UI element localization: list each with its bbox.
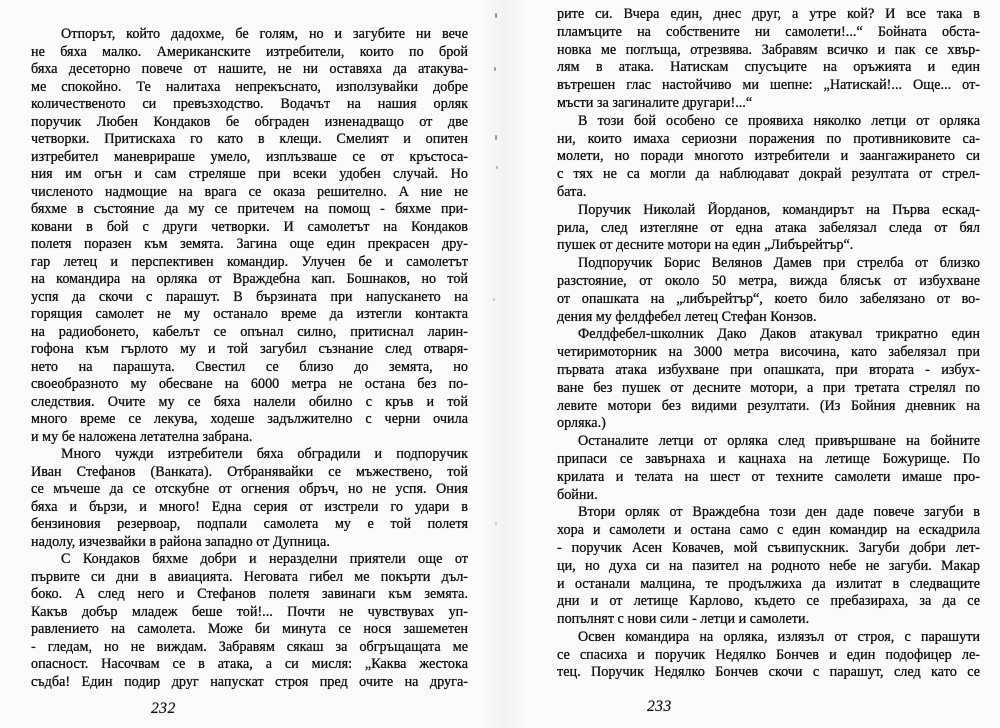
text-line: лям в атака. Натискам спусъците на оръжи… <box>557 59 980 77</box>
text-line: Освен командира на орляка, излязъл от ст… <box>557 629 980 647</box>
text-line: Останалите летци от орляка след привършв… <box>557 433 980 451</box>
text-line: С Кондаков бяхме добри и неразделни прия… <box>31 551 468 569</box>
page-number-left: 232 <box>151 700 176 718</box>
text-line: бензиновия резервоар, подпали самолета м… <box>31 516 468 534</box>
text-line: Иван Стефанов (Ванката). Отбранявайки се… <box>31 464 468 482</box>
gutter-speck <box>494 67 496 71</box>
text-line: ковани в бой с други четворки. И самолет… <box>31 219 468 237</box>
text-line: се мъчеше да се отскубне от огнения обръ… <box>31 481 468 499</box>
text-line: първите си дни в авиацията. Неговата гиб… <box>31 569 468 587</box>
text-line: бойни. <box>557 487 980 505</box>
gutter-speck <box>496 166 498 169</box>
text-line: рите си. Вчера един, днес друг, а утре к… <box>557 6 980 24</box>
text-line: следствия. Очите му се бяха налели обилн… <box>31 394 468 412</box>
text-line: новка ме поглъща, отрезвява. Забравям вс… <box>557 42 980 60</box>
text-line: численото надмощие на врага се оказа реш… <box>31 184 468 202</box>
text-line: и останали малцина, те продължиха да изл… <box>557 576 980 594</box>
text-line: на командира на орляка от Враждебна кап.… <box>31 271 468 289</box>
text-line: рила, след изтегляне от една атака забел… <box>557 220 980 238</box>
text-line: Фелдфебел-школник Дако Даков атакувал тр… <box>557 326 980 344</box>
text-line: своеобразното му обесване на 6000 метра … <box>31 376 468 394</box>
text-line: дения му фелдфебел летец Стефан Конзов. <box>557 309 980 327</box>
text-line: припаси се завърнаха и кацнаха на летище… <box>557 451 980 469</box>
text-line: Подпоручик Борис Велянов Дамев при стрел… <box>557 255 980 273</box>
text-line: Много чужди изтребители бяха обградили и… <box>31 446 468 464</box>
text-line: съдба! Един подир друг напускат строя пр… <box>31 674 468 692</box>
text-line: четиримоторник на 3000 метра височина, к… <box>557 344 980 362</box>
text-line: поручик Любен Кондаков бе обграден изнен… <box>31 114 468 132</box>
text-line: надолу, изчезвайки в района западно от Д… <box>31 534 468 552</box>
text-line: - гледам, но не виждам. Забравям сякаш з… <box>31 639 468 657</box>
text-line: тец. Поручик Недялко Бончев скочи с пара… <box>557 664 980 682</box>
text-line: успя да скочи с парашут. В бързината при… <box>31 289 468 307</box>
text-line: Отпорът, който дадохме, бе голям, но и з… <box>31 26 468 44</box>
text-line: не бяха малко. Американските изтребители… <box>31 44 468 62</box>
text-line: вътрешен глас настойчиво ми шепне: „Нати… <box>557 77 980 95</box>
text-line: мъсти за загиналите другари!...“ <box>557 95 980 113</box>
text-line: изтребител маневрираше умело, изплъзваше… <box>31 149 468 167</box>
text-line: пламъците на собствените ни самолети!...… <box>557 24 980 42</box>
text-line: с тях не са могли да наблюдават докрай р… <box>557 166 980 184</box>
text-line: ци, но духа си на пазител на родното неб… <box>557 558 980 576</box>
text-line: дни и от летище Карлово, където се преба… <box>557 593 980 611</box>
page-left-text-block: Отпорът, който дадохме, бе голям, но и з… <box>31 26 468 691</box>
text-line: полетя поразен към земята. Загина още ед… <box>31 236 468 254</box>
text-line: молети, но поради многото изтребители и … <box>557 148 980 166</box>
text-line: ме спокойно. Те налитаха непрекъснато, и… <box>31 79 468 97</box>
gutter-speck <box>495 522 497 525</box>
book-spread: Отпорът, който дадохме, бе голям, но и з… <box>0 0 1000 728</box>
page-number-right: 233 <box>647 698 672 716</box>
text-line: от опашката на „либърейтър“, което било … <box>557 291 980 309</box>
text-line: боко. А след него и Стефанов полетя зави… <box>31 586 468 604</box>
text-line: бяха и бързи, и много! Една серия от изс… <box>31 499 468 517</box>
text-line: В този бой особено се проявиха няколко л… <box>557 113 980 131</box>
text-line: гар летец и перспективен командир. Улуче… <box>31 254 468 272</box>
text-line: - поручик Асен Ковачев, мой съвипускник.… <box>557 540 980 558</box>
text-line: разстояние, от около 50 метра, вижда бля… <box>557 273 980 291</box>
text-line: Какъв добър младеж беше той!... Почти не… <box>31 604 468 622</box>
text-line: попълнят с нови сили - летци и самолети. <box>557 611 980 629</box>
text-line: бата. <box>557 184 980 202</box>
text-line: Втори орляк от Враждебна този ден даде п… <box>557 504 980 522</box>
text-line: опасност. Насочвам се в атака, а си мисл… <box>31 656 468 674</box>
page-gutter-shadow <box>478 0 528 728</box>
text-line: на радиобонето, кабелът се опънал силно,… <box>31 324 468 342</box>
text-line: нето на парашута. Свестил се близо до зе… <box>31 359 468 377</box>
text-line: много време се лекува, ходеше задължител… <box>31 411 468 429</box>
text-line: първата атака избухване при опашката, пр… <box>557 362 980 380</box>
text-line: количественото си превъзходство. Водачът… <box>31 96 468 114</box>
text-line: Поручик Николай Йорданов, командирът на … <box>557 202 980 220</box>
text-line: орляка.) <box>557 415 980 433</box>
text-line: ни, които имаха сериозни поражения по пр… <box>557 131 980 149</box>
text-line: горящия самолет не му останало време да … <box>31 306 468 324</box>
text-line: гофона към гърлото му и той загубил съзн… <box>31 341 468 359</box>
text-line: равлението на самолета. Може би минута с… <box>31 621 468 639</box>
text-line: левите мотори без видими резултати. (Из … <box>557 398 980 416</box>
text-line: пушек от десните мотори на един „Либърей… <box>557 237 980 255</box>
text-line: бяха десеторно повече от нашите, не ни о… <box>31 61 468 79</box>
text-line: ния им огън и сам стреляше при всеки удо… <box>31 166 468 184</box>
text-line: четворки. Притискаха го като в клещи. См… <box>31 131 468 149</box>
text-line: хора и самолети и остана само с един ком… <box>557 522 980 540</box>
gutter-speck <box>495 135 497 140</box>
text-line: крилата и телата на шест от техните само… <box>557 469 980 487</box>
page-right-text-block: рите си. Вчера един, днес друг, а утре к… <box>557 6 980 682</box>
text-line: се спасиха и поручик Недялко Бончев и ед… <box>557 647 980 665</box>
text-line: ване без пушек от десните мотори, а при … <box>557 380 980 398</box>
gutter-speck <box>495 13 497 18</box>
gutter-speck <box>493 298 495 301</box>
text-line: бяхме в състояние да му се притечем на п… <box>31 201 468 219</box>
text-line: и му бе наложена летателна забрана. <box>31 429 468 447</box>
